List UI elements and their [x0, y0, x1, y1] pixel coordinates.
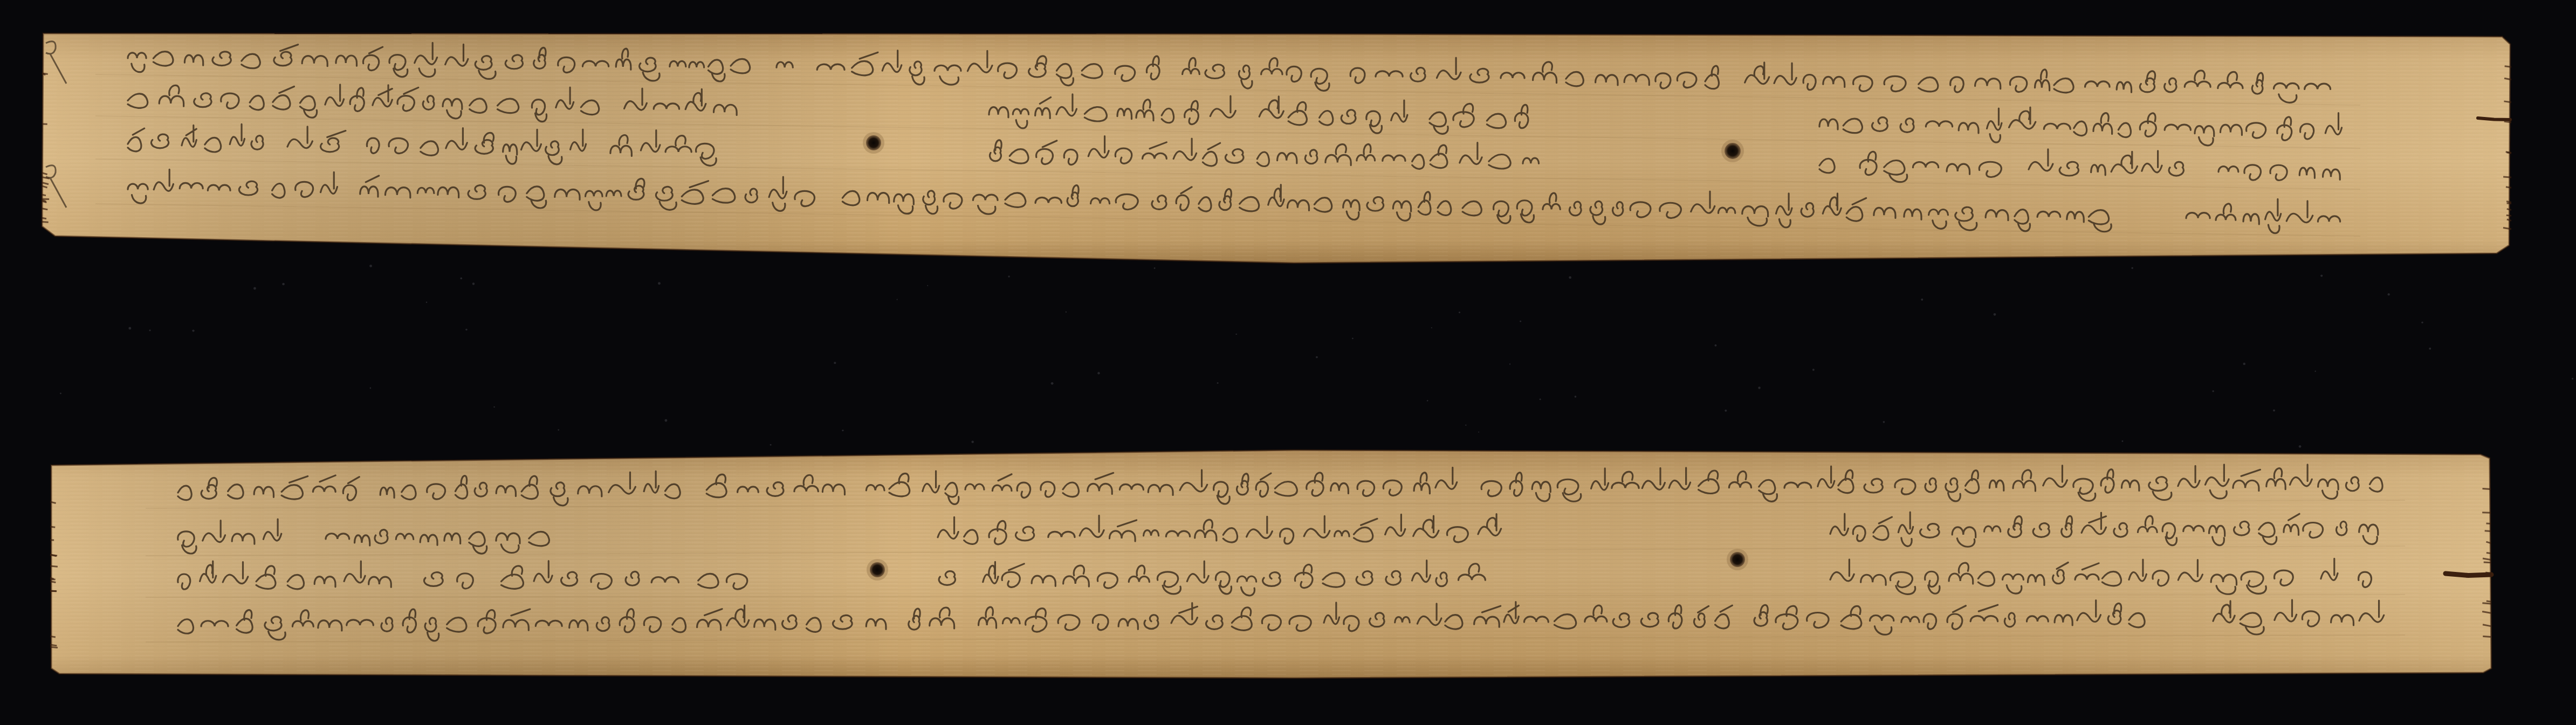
dust-speck	[2388, 293, 2390, 295]
frayed-edge	[2484, 562, 2491, 563]
dust-speck	[1316, 356, 1318, 358]
frayed-edge	[50, 566, 58, 567]
frayed-edge	[50, 591, 57, 591]
dust-speck	[282, 283, 285, 286]
frayed-edge	[42, 218, 46, 218]
dust-speck	[465, 329, 468, 331]
dust-speck	[1714, 344, 1716, 347]
dust-speck	[927, 285, 928, 286]
dust-speck	[1066, 312, 1067, 313]
frayed-edge	[2503, 177, 2511, 177]
dust-speck	[1883, 421, 1885, 423]
dust-speck	[253, 287, 256, 290]
frayed-edge	[2506, 202, 2511, 203]
dust-speck	[897, 299, 898, 300]
dust-speck	[1994, 313, 1996, 316]
dust-speck	[2212, 390, 2214, 392]
dust-speck	[834, 362, 836, 364]
string-hole	[870, 562, 885, 577]
top-leaf	[42, 33, 2511, 263]
frayed-edge	[2506, 153, 2511, 153]
frayed-edge	[42, 195, 46, 195]
dust-speck	[1431, 327, 1432, 328]
dust-speck	[1725, 410, 1727, 412]
frayed-edge	[50, 527, 55, 527]
frayed-edge	[2506, 187, 2511, 188]
frayed-edge	[2483, 488, 2491, 489]
dust-speck	[460, 278, 462, 280]
dust-speck	[2121, 440, 2123, 442]
frayed-edge	[50, 645, 57, 646]
dust-speck	[971, 440, 974, 443]
dust-speck	[1235, 334, 1237, 335]
dust-speck	[1569, 276, 1571, 279]
string-hole	[1730, 552, 1745, 567]
frayed-edge	[2504, 101, 2511, 102]
frayed-edge	[2486, 553, 2491, 554]
dust-speck	[1758, 386, 1760, 389]
dust-speck	[426, 301, 428, 303]
dust-speck	[1812, 369, 1815, 371]
frayed-edge	[2505, 66, 2511, 67]
dust-speck	[664, 419, 667, 422]
dust-speck	[2273, 409, 2275, 411]
dust-speck	[658, 282, 661, 285]
frayed-edge	[2506, 215, 2511, 216]
dust-speck	[1520, 320, 1521, 322]
dust-speck	[1509, 363, 1510, 364]
frayed-edge	[2486, 601, 2491, 602]
dust-speck	[128, 327, 131, 330]
scene-canvas	[0, 0, 2576, 725]
dust-speck	[2421, 321, 2423, 323]
string-hole	[866, 135, 881, 150]
dust-speck	[770, 444, 772, 446]
dust-speck	[370, 388, 372, 389]
frayed-edge	[2485, 531, 2491, 531]
frayed-edge	[2482, 603, 2491, 604]
leaf-lighting	[42, 33, 2510, 263]
dust-speck	[1154, 267, 1156, 269]
dust-speck	[1051, 382, 1054, 385]
dust-speck	[1540, 398, 1541, 400]
frayed-edge	[42, 209, 47, 210]
dust-speck	[1575, 396, 1577, 398]
dust-speck	[1459, 312, 1460, 313]
frayed-edge	[50, 582, 56, 583]
string-hole	[1725, 143, 1741, 159]
frayed-edge	[2507, 209, 2511, 210]
dust-speck	[2299, 445, 2302, 448]
dust-speck	[1478, 432, 1479, 433]
frayed-edge	[2504, 121, 2511, 122]
leaf-lighting	[51, 450, 2491, 678]
frayed-edge	[2485, 572, 2491, 574]
dust-speck	[2572, 378, 2573, 379]
dust-speck	[1352, 338, 1354, 340]
frayed-edge	[50, 647, 58, 647]
dust-speck	[1097, 372, 1100, 374]
manuscript-photograph: Palm-leaf manuscript, two folios, Sinhal…	[0, 0, 2576, 725]
dust-speck	[1465, 424, 1466, 425]
dust-speck	[472, 282, 475, 285]
leaves-group	[42, 33, 2573, 678]
dust-speck	[558, 429, 559, 431]
dust-speck	[369, 265, 372, 267]
edge-crack	[2478, 118, 2510, 120]
frayed-edge	[42, 73, 48, 74]
bottom-leaf	[50, 450, 2491, 678]
dust-speck	[149, 329, 150, 331]
edge-crack	[2446, 574, 2491, 576]
dust-speck	[1008, 275, 1009, 277]
dust-speck	[60, 392, 61, 394]
frayed-edge	[50, 636, 56, 637]
frayed-edge	[2483, 636, 2491, 637]
dust-speck	[1427, 400, 1428, 402]
dust-speck	[2314, 371, 2316, 372]
dust-speck	[2131, 267, 2133, 270]
frayed-edge	[2486, 523, 2491, 524]
dust-speck	[2429, 348, 2431, 350]
dust-speck	[2243, 363, 2246, 365]
dust-speck	[192, 329, 194, 332]
dust-speck	[1217, 382, 1219, 384]
dust-speck	[493, 406, 495, 408]
dust-speck	[1921, 299, 1923, 301]
frayed-edge	[42, 222, 49, 222]
dust-speck	[2320, 274, 2323, 277]
dust-speck	[842, 430, 843, 431]
